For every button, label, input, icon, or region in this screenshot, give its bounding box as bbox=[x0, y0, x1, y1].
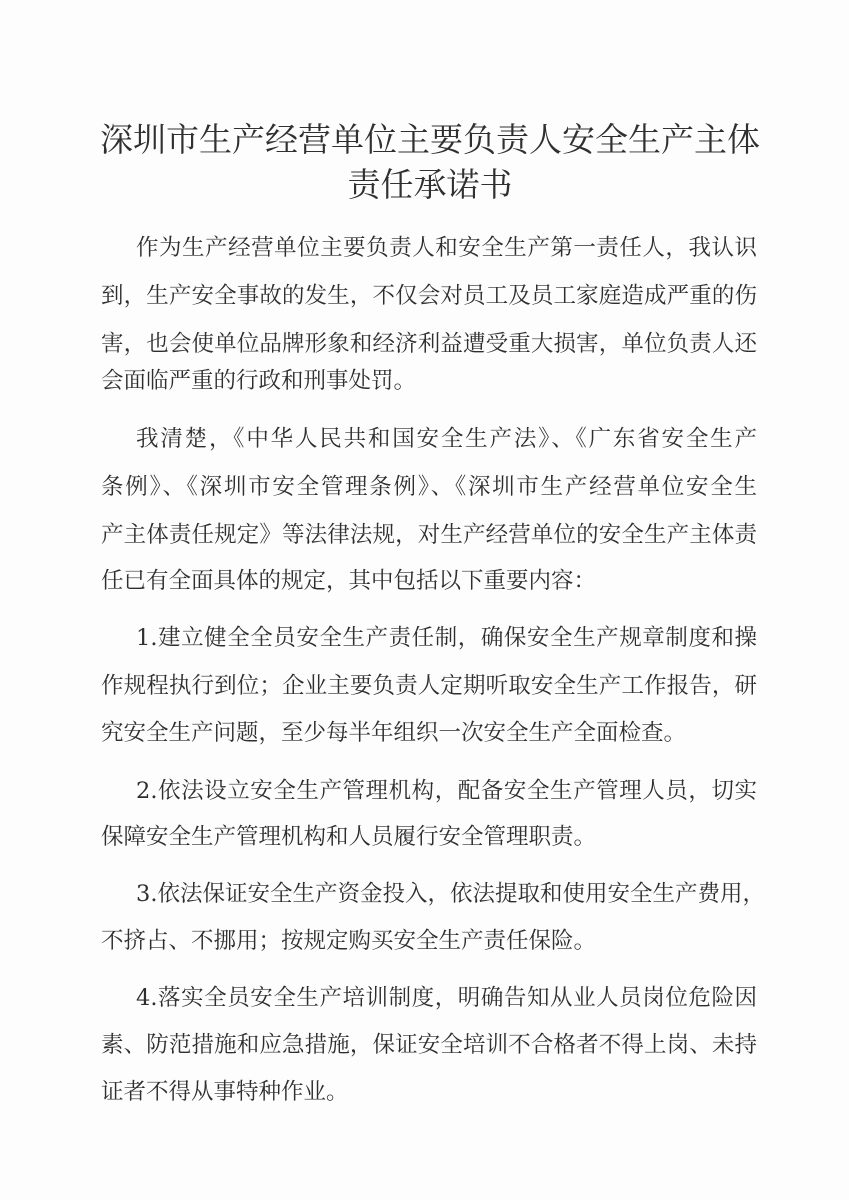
paragraph-line: 作为生产经营单位主要负责人和安全生产第一责任人，我认识 bbox=[136, 233, 757, 263]
paragraph-line: 到，生产安全事故的发生，不仅会对员工及员工家庭造成严重的伤 bbox=[101, 281, 757, 311]
paragraph-line: 证者不得从事特种作业。 bbox=[101, 1077, 349, 1107]
paragraph-line: 4.落实全员安全生产培训制度，明确告知从业人员岗位危险因 bbox=[136, 983, 757, 1013]
document-title-line-1: 深圳市生产经营单位主要负责人安全生产主体 bbox=[100, 120, 760, 160]
paragraph-line: 会面临严重的行政和刑事处罚。 bbox=[101, 366, 416, 396]
paragraph-line: 作规程执行到位；企业主要负责人定期听取安全生产工作报告，研 bbox=[101, 671, 757, 701]
document-title-line-2: 责任承诺书 bbox=[100, 165, 760, 205]
paragraph-line: 产主体责任规定》等法律法规，对生产经营单位的安全生产主体责 bbox=[101, 520, 757, 550]
document-page: 深圳市生产经营单位主要负责人安全生产主体 责任承诺书 作为生产经营单位主要负责人… bbox=[0, 0, 849, 1200]
paragraph-line: 害，也会使单位品牌形象和经济利益遭受重大损害，单位负责人还 bbox=[101, 329, 757, 359]
paragraph-line: 任已有全面具体的规定，其中包括以下重要内容： bbox=[101, 566, 596, 596]
paragraph-line: 素、防范措施和应急措施，保证安全培训不合格者不得上岗、未持 bbox=[101, 1030, 757, 1060]
paragraph-line: 我清楚，《中华人民共和国安全生产法》、《广东省安全生产 bbox=[136, 424, 757, 454]
paragraph-line: 3.依法保证安全生产资金投入，依法提取和使用安全生产费用， bbox=[136, 879, 757, 909]
paragraph-line: 究安全生产问题，至少每半年组织一次安全生产全面检查。 bbox=[101, 718, 686, 748]
paragraph-line: 条例》、《深圳市安全管理条例》、《深圳市生产经营单位安全生 bbox=[101, 472, 757, 502]
paragraph-line: 2.依法设立安全生产管理机构，配备安全生产管理人员，切实 bbox=[136, 776, 757, 806]
paragraph-line: 1.建立健全全员安全生产责任制，确保安全生产规章制度和操 bbox=[136, 623, 757, 653]
paragraph-line: 不挤占、不挪用；按规定购买安全生产责任保险。 bbox=[101, 926, 596, 956]
paragraph-line: 保障安全生产管理机构和人员履行安全管理职责。 bbox=[101, 822, 596, 852]
